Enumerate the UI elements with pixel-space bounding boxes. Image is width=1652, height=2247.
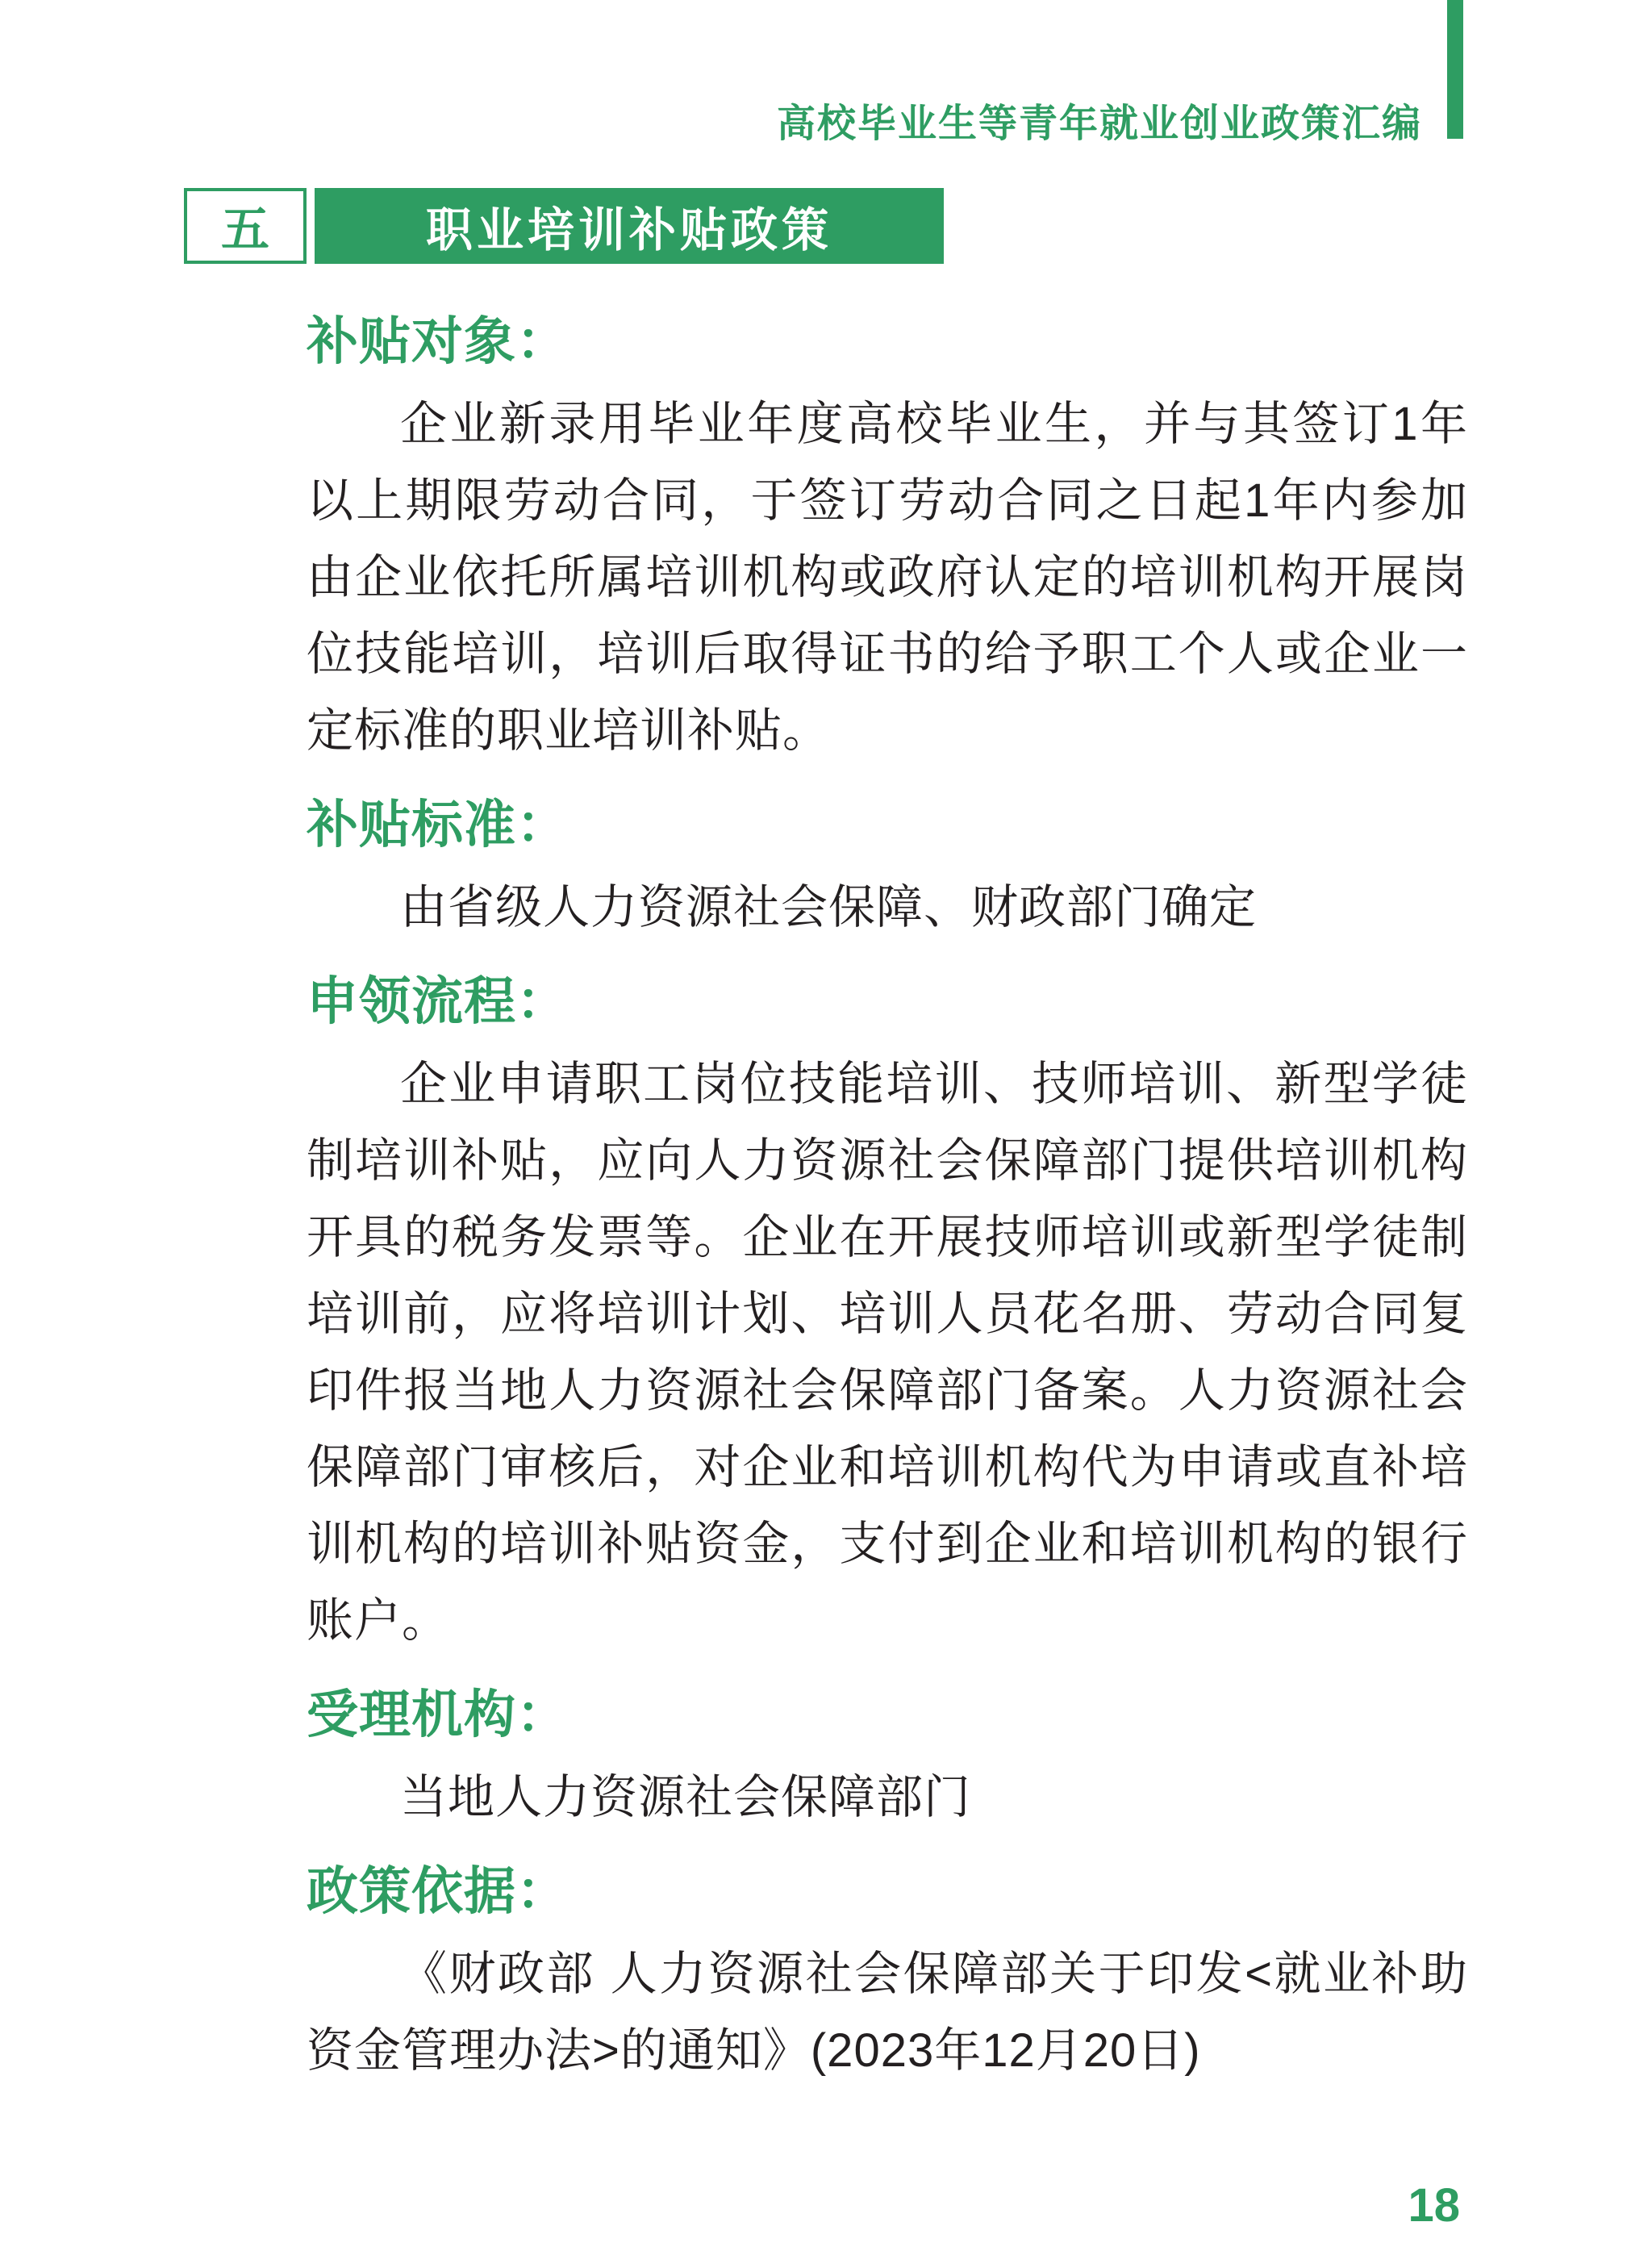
running-head-title: 高校毕业生等青年就业创业政策汇编 — [777, 92, 1422, 148]
section-title-band: 职业培训补贴政策 — [315, 188, 944, 264]
paragraph-policy-basis: 《财政部 人力资源社会保障部关于印发<就业补助资金管理办法>的通知》(2023年… — [307, 1936, 1468, 2089]
section-number-box: 五 — [184, 188, 307, 264]
heading-accepting-agency: 受理机构： — [307, 1688, 1468, 1741]
paragraph-subsidy-standard: 由省级人力资源社会保障、财政部门确定 — [307, 869, 1468, 946]
content-column: 补贴对象： 企业新录用毕业年度高校毕业生，并与其签订1年以上期限劳动合同，于签订… — [307, 315, 1468, 2089]
page-number: 18 — [1408, 2178, 1460, 2232]
heading-subsidy-standard: 补贴标准： — [307, 798, 1468, 851]
heading-policy-basis: 政策依据： — [307, 1865, 1468, 1918]
heading-application-process: 申领流程： — [307, 975, 1468, 1028]
section-banner: 五 职业培训补贴政策 — [184, 188, 944, 264]
header-accent-bar — [1447, 0, 1463, 139]
heading-subsidy-target: 补贴对象： — [307, 315, 1468, 368]
paragraph-application-process: 企业申请职工岗位技能培训、技师培训、新型学徒制培训补贴，应向人力资源社会保障部门… — [307, 1046, 1468, 1659]
section-title: 职业培训补贴政策 — [426, 192, 832, 260]
paragraph-subsidy-target: 企业新录用毕业年度高校毕业生，并与其签订1年以上期限劳动合同，于签订劳动合同之日… — [307, 386, 1468, 769]
section-number: 五 — [221, 191, 269, 261]
paragraph-accepting-agency: 当地人力资源社会保障部门 — [307, 1759, 1468, 1836]
